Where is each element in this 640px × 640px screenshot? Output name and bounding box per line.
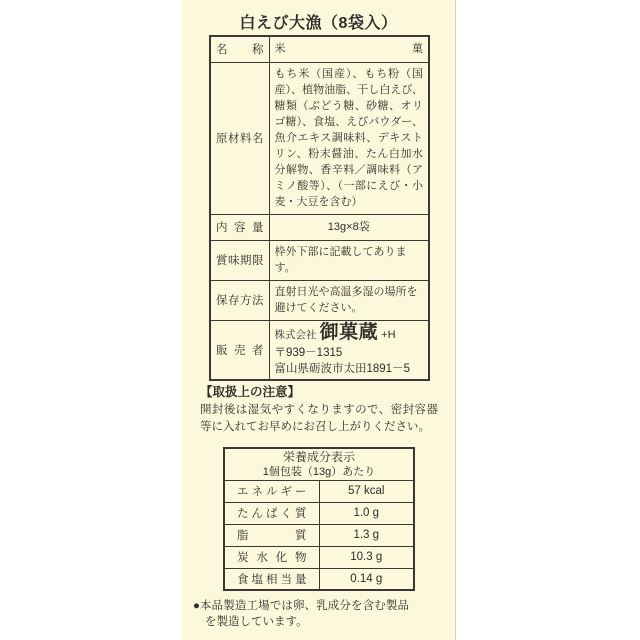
table-row: 保存方法 直射日光や高温多湿の場所を避けてください。 — [210, 280, 429, 320]
spec-label-best-before: 賞味期限 — [210, 240, 269, 280]
spec-value-best-before: 枠外下部に記載してあります。 — [269, 240, 429, 280]
nutrition-title: 栄養成分表示 — [225, 450, 413, 465]
seller-postal-code: 〒939－1315 — [275, 345, 424, 361]
spec-value-storage: 直射日光や高温多湿の場所を避けてください。 — [269, 280, 429, 320]
nutrition-header: 栄養成分表示 1個包装（13g）あたり — [224, 448, 414, 480]
table-row: たんぱく質 1.0 g — [224, 502, 414, 524]
spec-label-net-content: 内容量 — [210, 214, 269, 240]
nutrition-label-fat: 脂質 — [224, 524, 319, 546]
product-label-panel: 白えび大漁（8袋入） 名称 米菓 原材料名 もち米（国産）、もち粉（国産）、植物… — [182, 0, 456, 640]
table-row: 原材料名 もち米（国産）、もち粉（国産）、植物油脂、干し白えび、糖類（ぶどう糖、… — [210, 62, 429, 214]
handling-note-body: 開封後は湿気やすくなりますので、密封容器等に入れてお早めにお召し上がりください。 — [200, 402, 438, 436]
spec-value-seller: 株式会社 御菓蔵 +H 〒939－1315 富山県砺波市太田1891－5 — [269, 320, 429, 380]
nutrition-value-salt: 0.14 g — [319, 568, 414, 590]
table-row: エネルギー 57 kcal — [224, 480, 414, 502]
nutrition-table: 栄養成分表示 1個包装（13g）あたり エネルギー 57 kcal たんぱく質 … — [223, 447, 415, 591]
spec-label-name: 名称 — [210, 36, 269, 62]
table-row: 栄養成分表示 1個包装（13g）あたり — [224, 448, 414, 480]
nutrition-label-protein: たんぱく質 — [224, 502, 319, 524]
nutrition-value-protein: 1.0 g — [319, 502, 414, 524]
spec-table: 名称 米菓 原材料名 もち米（国産）、もち粉（国産）、植物油脂、干し白えび、糖類… — [209, 35, 430, 381]
table-row: 販売者 株式会社 御菓蔵 +H 〒939－1315 富山県砺波市太田1891－5 — [210, 320, 429, 380]
nutrition-label-energy: エネルギー — [224, 480, 319, 502]
seller-company-suffix: +H — [381, 329, 395, 341]
seller-company-name: 御菓蔵 — [320, 322, 379, 343]
nutrition-subtitle: 1個包装（13g）あたり — [225, 465, 413, 479]
table-row: 炭水化物 10.3 g — [224, 546, 414, 568]
nutrition-value-energy: 57 kcal — [319, 480, 414, 502]
seller-company-prefix: 株式会社 — [275, 329, 317, 341]
table-row: 内容量 13g×8袋 — [210, 214, 429, 240]
handling-note-section: 【取扱上の注意】 開封後は湿気やすくなりますので、密封容器等に入れてお早めにお召… — [200, 384, 440, 436]
handling-note-heading: 【取扱上の注意】 — [200, 384, 440, 401]
nutrition-label-carbohydrate: 炭水化物 — [224, 546, 319, 568]
allergen-note: ●本品製造工場では卵、乳成分を含む製品を製造しています。 — [193, 598, 409, 630]
seller-address: 富山県砺波市太田1891－5 — [275, 361, 424, 377]
table-row: 賞味期限 枠外下部に記載してあります。 — [210, 240, 429, 280]
table-row: 脂質 1.3 g — [224, 524, 414, 546]
seller-company-line: 株式会社 御菓蔵 +H — [275, 323, 424, 345]
spec-label-storage: 保存方法 — [210, 280, 269, 320]
product-title: 白えび大漁（8袋入） — [182, 10, 455, 33]
nutrition-label-salt: 食塩相当量 — [224, 568, 319, 590]
page: 白えび大漁（8袋入） 名称 米菓 原材料名 もち米（国産）、もち粉（国産）、植物… — [0, 0, 640, 640]
spec-value-net-content: 13g×8袋 — [269, 214, 429, 240]
spec-label-ingredients: 原材料名 — [210, 62, 269, 214]
table-row: 名称 米菓 — [210, 36, 429, 62]
table-row: 食塩相当量 0.14 g — [224, 568, 414, 590]
nutrition-value-carbohydrate: 10.3 g — [319, 546, 414, 568]
spec-label-seller: 販売者 — [210, 320, 269, 380]
spec-value-name: 米菓 — [269, 36, 429, 62]
nutrition-value-fat: 1.3 g — [319, 524, 414, 546]
spec-value-ingredients: もち米（国産）、もち粉（国産）、植物油脂、干し白えび、糖類（ぶどう糖、砂糖、オリ… — [269, 62, 429, 214]
